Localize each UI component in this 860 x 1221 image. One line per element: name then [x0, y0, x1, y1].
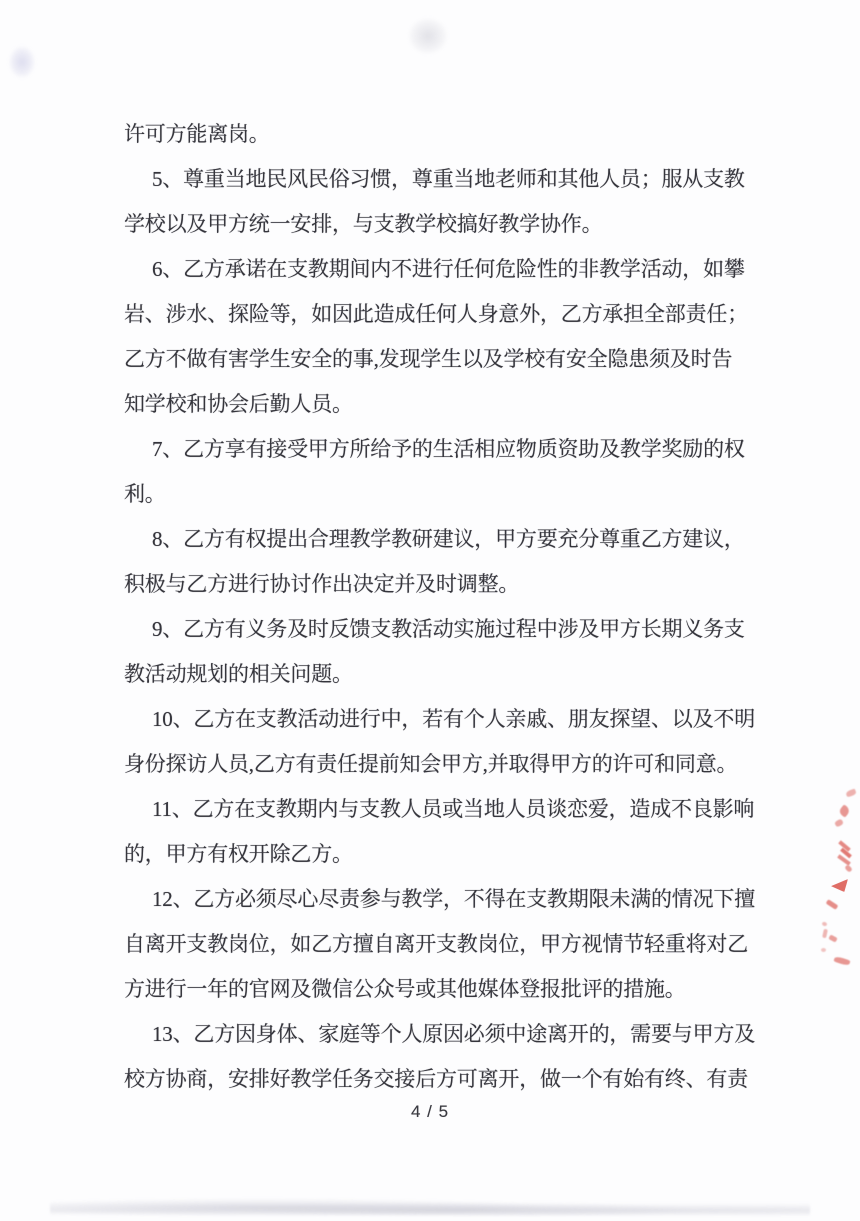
text-line: 乙方不做有害学生安全的事,发现学生以及学校有安全隐患须及时告 — [124, 337, 748, 382]
text-line: 6、乙方承诺在支教期间内不进行任何危险性的非教学活动，如攀 — [124, 247, 748, 292]
seal-mark — [828, 934, 837, 942]
seal-mark — [838, 804, 851, 817]
text-line: 学校以及甲方统一安排，与支教学校搞好教学协作。 — [124, 202, 748, 247]
text-line: 9、乙方有义务及时反馈支教活动实施过程中涉及甲方长期义务支 — [124, 607, 748, 652]
text-line: 身份探访人员,乙方有责任提前知会甲方,并取得甲方的许可和同意。 — [124, 742, 748, 787]
seal-mark — [845, 788, 856, 797]
text-line: 的，甲方有权开除乙方。 — [124, 832, 748, 877]
text-line: 知学校和协会后勤人员。 — [124, 382, 748, 427]
text-line: 方进行一年的官网及微信公众号或其他媒体登报批评的措施。 — [124, 967, 748, 1012]
seal-mark — [821, 948, 826, 952]
seal-mark — [833, 956, 850, 967]
text-line: 教活动规划的相关问题。 — [124, 652, 748, 697]
document-lines: 许可方能离岗。5、尊重当地民风民俗习惯，尊重当地老师和其他人员；服从支教学校以及… — [124, 112, 748, 1102]
seal-mark — [838, 840, 851, 851]
scan-smudge-top-center — [402, 12, 454, 60]
seal-mark — [840, 848, 852, 859]
seal-mark — [831, 879, 848, 892]
text-line: 11、乙方在支教期内与支教人员或当地人员谈恋爱，造成不良影响 — [124, 787, 748, 832]
scanned-contract-page: 许可方能离岗。5、尊重当地民风民俗习惯，尊重当地老师和其他人员；服从支教学校以及… — [0, 0, 860, 1221]
text-line: 10、乙方在支教活动进行中，若有个人亲戚、朋友探望、以及不明 — [124, 697, 748, 742]
page-number: 4 / 5 — [0, 1100, 860, 1124]
scan-edge-shadow — [50, 1186, 810, 1216]
text-line: 8、乙方有权提出合理教学教研建议，甲方要充分尊重乙方建议， — [124, 517, 748, 562]
seal-mark — [844, 864, 852, 872]
seal-mark — [822, 929, 828, 939]
text-line: 利。 — [124, 472, 748, 517]
text-line: 7、乙方享有接受甲方所给予的生活相应物质资助及教学奖励的权 — [124, 427, 748, 472]
text-line: 岩、涉水、探险等，如因此造成任何人身意外，乙方承担全部责任； — [124, 292, 748, 337]
seal-mark — [837, 854, 851, 865]
seal-mark — [834, 818, 844, 827]
text-line: 许可方能离岗。 — [124, 112, 748, 157]
red-seal-fragment — [816, 786, 860, 986]
text-line: 自离开支教岗位，如乙方擅自离开支教岗位，甲方视情节轻重将对乙 — [124, 922, 748, 967]
text-line: 12、乙方必须尽心尽责参与教学，不得在支教期限未满的情况下擅 — [124, 877, 748, 922]
text-line: 13、乙方因身体、家庭等个人原因必须中途离开的，需要与甲方及 — [124, 1012, 748, 1057]
scan-smudge-top-left — [4, 40, 40, 84]
seal-mark — [821, 921, 827, 926]
text-line: 5、尊重当地民风民俗习惯，尊重当地老师和其他人员；服从支教 — [124, 157, 748, 202]
text-line: 积极与乙方进行协讨作出决定并及时调整。 — [124, 562, 748, 607]
text-line: 校方协商，安排好教学任务交接后方可离开，做一个有始有终、有责 — [124, 1057, 748, 1102]
seal-mark — [826, 899, 839, 910]
